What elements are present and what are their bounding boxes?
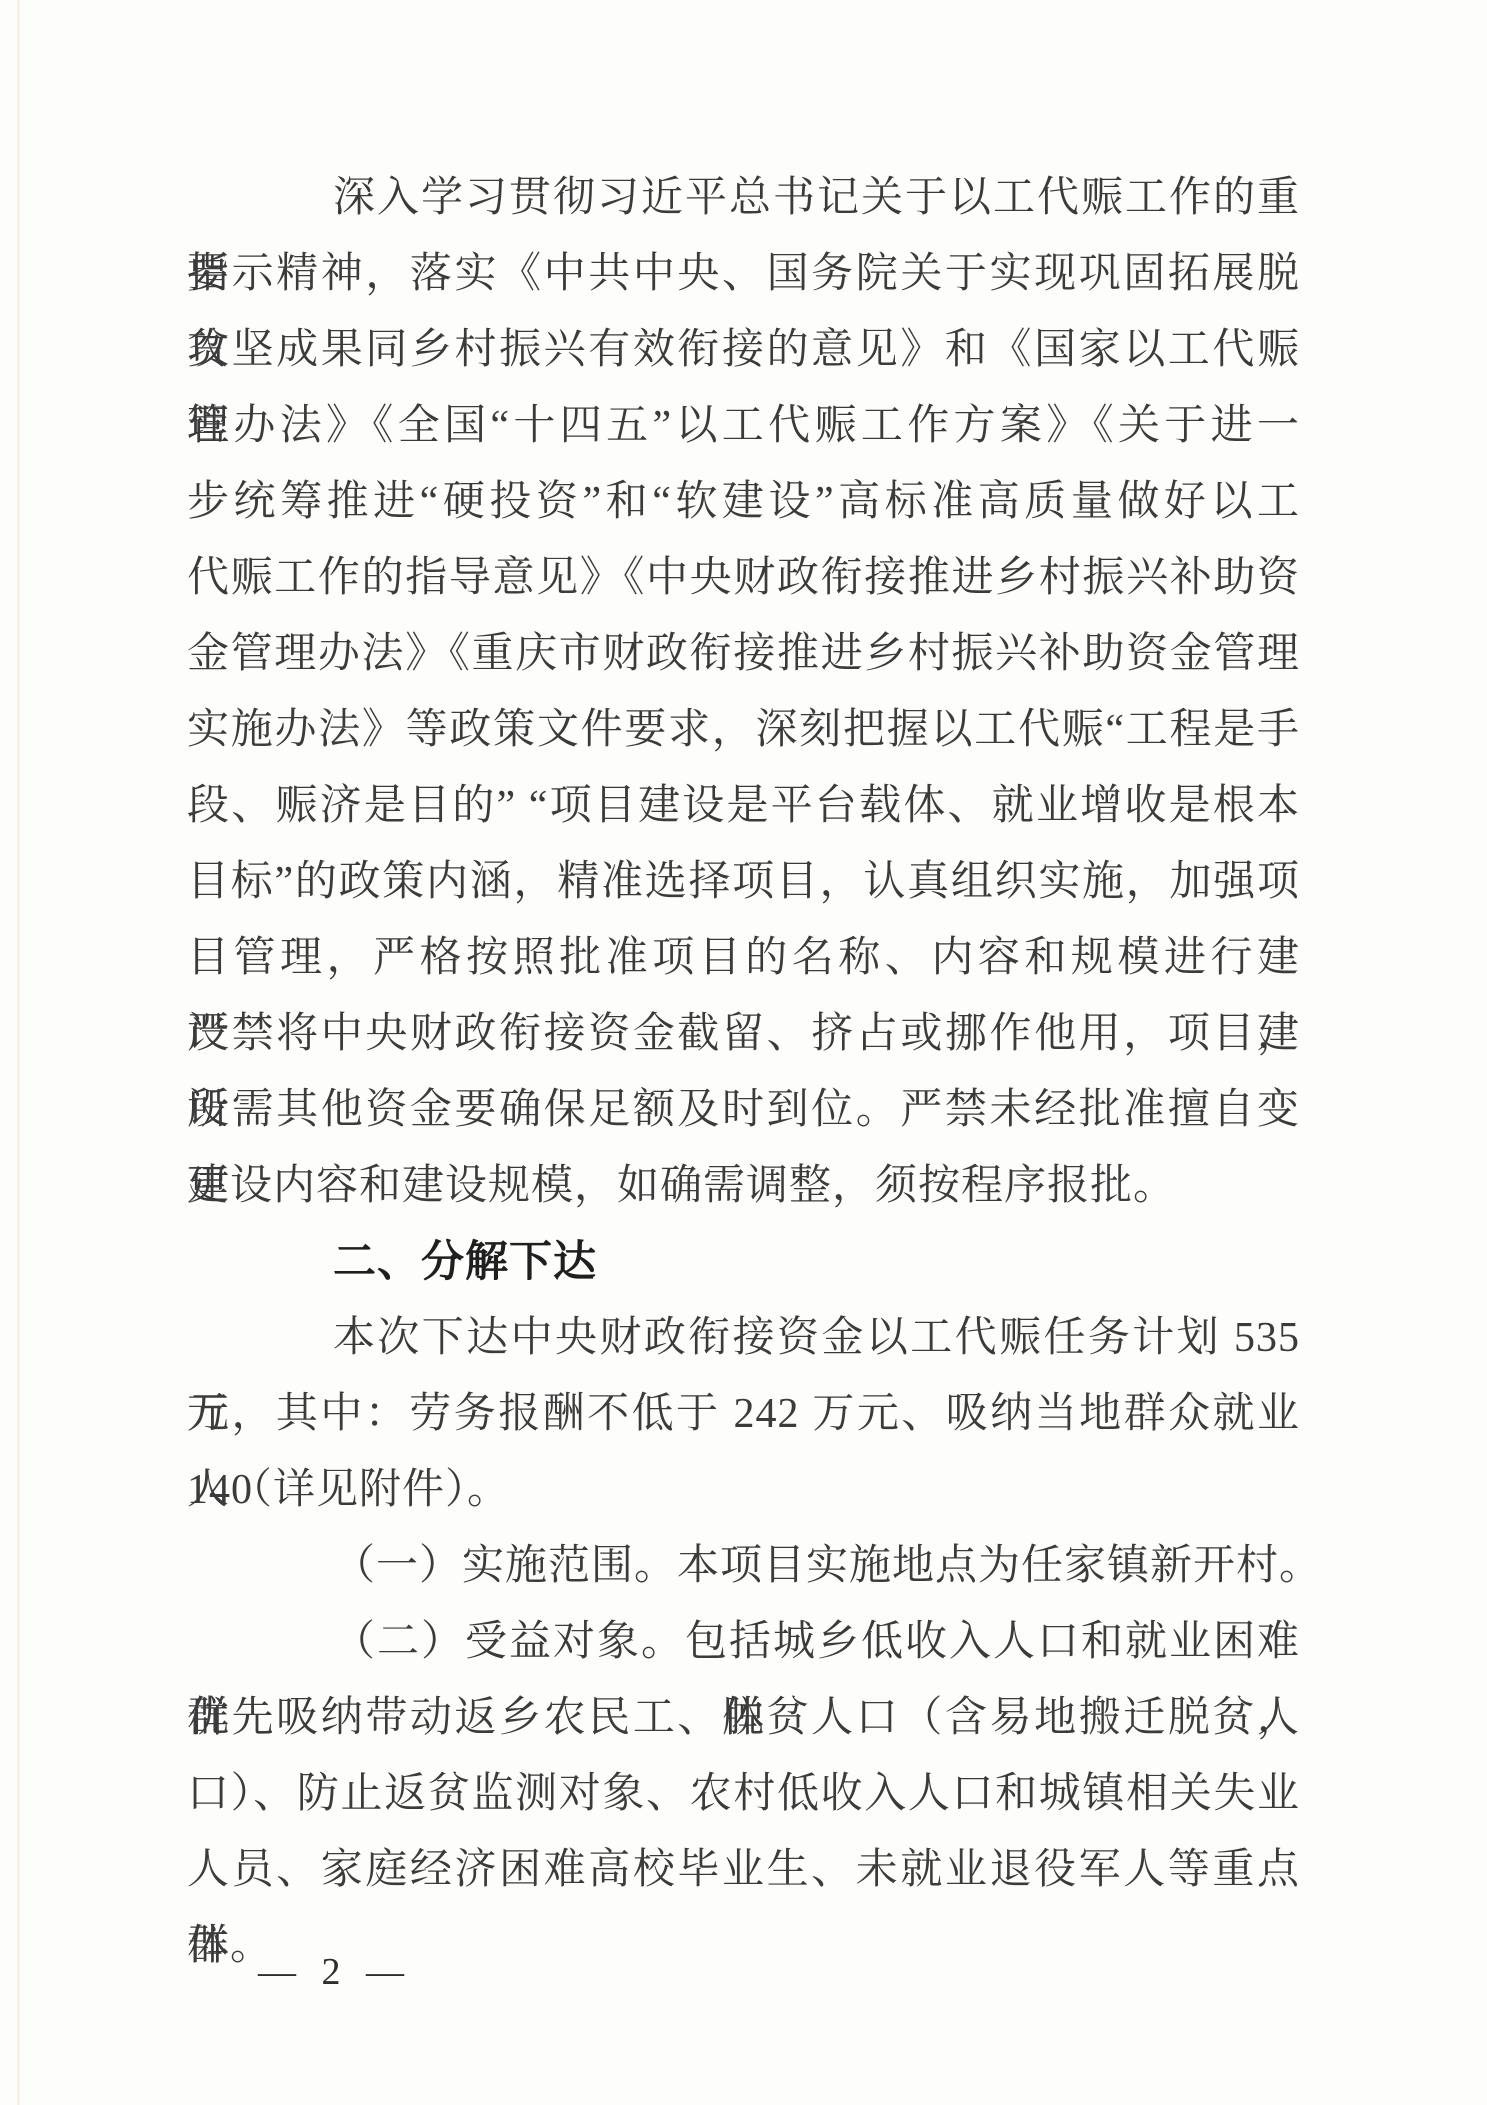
paragraph1-line: 所需其他资金要确保足额及时到位。严禁未经批准擅自变更 — [187, 1072, 1300, 1148]
page-number: — 2 — — [258, 1950, 412, 1994]
paragraph1-line: 段、赈济是目的” “项目建设是平台载体、就业增收是根本 — [187, 768, 1300, 844]
paragraph1-line: 实施办法》等政策文件要求，深刻把握以工代赈“工程是手 — [187, 692, 1300, 768]
paragraph2-line: 人（详见附件）。 — [187, 1452, 1300, 1528]
section-heading: 二、分解下达 — [187, 1224, 1300, 1300]
paragraph1-line: 目标”的政策内涵，精准选择项目，认真组织实施，加强项 — [187, 844, 1300, 920]
paragraph1-line: 指示精神，落实《中共中央、国务院关于实现巩固拓展脱贫 — [187, 236, 1300, 312]
paragraph2-line: 元，其中：劳务报酬不低于 242 万元、吸纳当地群众就业 140 — [187, 1376, 1300, 1452]
item2-line: 优先吸纳带动返乡农民工、脱贫人口（含易地搬迁脱贫人 — [187, 1680, 1300, 1756]
paragraph1-line: 攻坚成果同乡村振兴有效衔接的意见》和《国家以工代赈管 — [187, 312, 1300, 388]
paragraph1-line: 深入学习贯彻习近平总书记关于以工代赈工作的重要 — [187, 160, 1300, 236]
paragraph1-line: 步统筹推进“硬投资”和“软建设”高标准高质量做好以工 — [187, 464, 1300, 540]
item2-line: （二）受益对象。包括城乡低收入人口和就业困难群体， — [187, 1604, 1300, 1680]
scan-edge-line — [17, 0, 20, 2105]
paragraph1-line: 金管理办法》《重庆市财政衔接推进乡村振兴补助资金管理 — [187, 616, 1300, 692]
document-page: 深入学习贯彻习近平总书记关于以工代赈工作的重要 指示精神，落实《中共中央、国务院… — [0, 0, 1487, 2105]
paragraph1-line: 建设内容和建设规模，如确需调整，须按程序报批。 — [187, 1148, 1300, 1224]
item2-line: 口）、防止返贫监测对象、农村低收入人口和城镇相关失业 — [187, 1756, 1300, 1832]
paragraph1-line: 理办法》《全国“十四五”以工代赈工作方案》《关于进一 — [187, 388, 1300, 464]
item2-line: 人员、家庭经济困难高校毕业生、未就业退役军人等重点群 — [187, 1832, 1300, 1908]
paragraph1-line: 代赈工作的指导意见》《中央财政衔接推进乡村振兴补助资 — [187, 540, 1300, 616]
paragraph1-line: 目管理，严格按照批准项目的名称、内容和规模进行建设， — [187, 920, 1300, 996]
item1-line: （一）实施范围。本项目实施地点为任家镇新开村。 — [187, 1528, 1300, 1604]
paragraph1-line: 严禁将中央财政衔接资金截留、挤占或挪作他用，项目建设 — [187, 996, 1300, 1072]
paragraph2-line: 本次下达中央财政衔接资金以工代赈任务计划 535 万 — [187, 1300, 1300, 1376]
document-body: 深入学习贯彻习近平总书记关于以工代赈工作的重要 指示精神，落实《中共中央、国务院… — [187, 160, 1300, 1984]
